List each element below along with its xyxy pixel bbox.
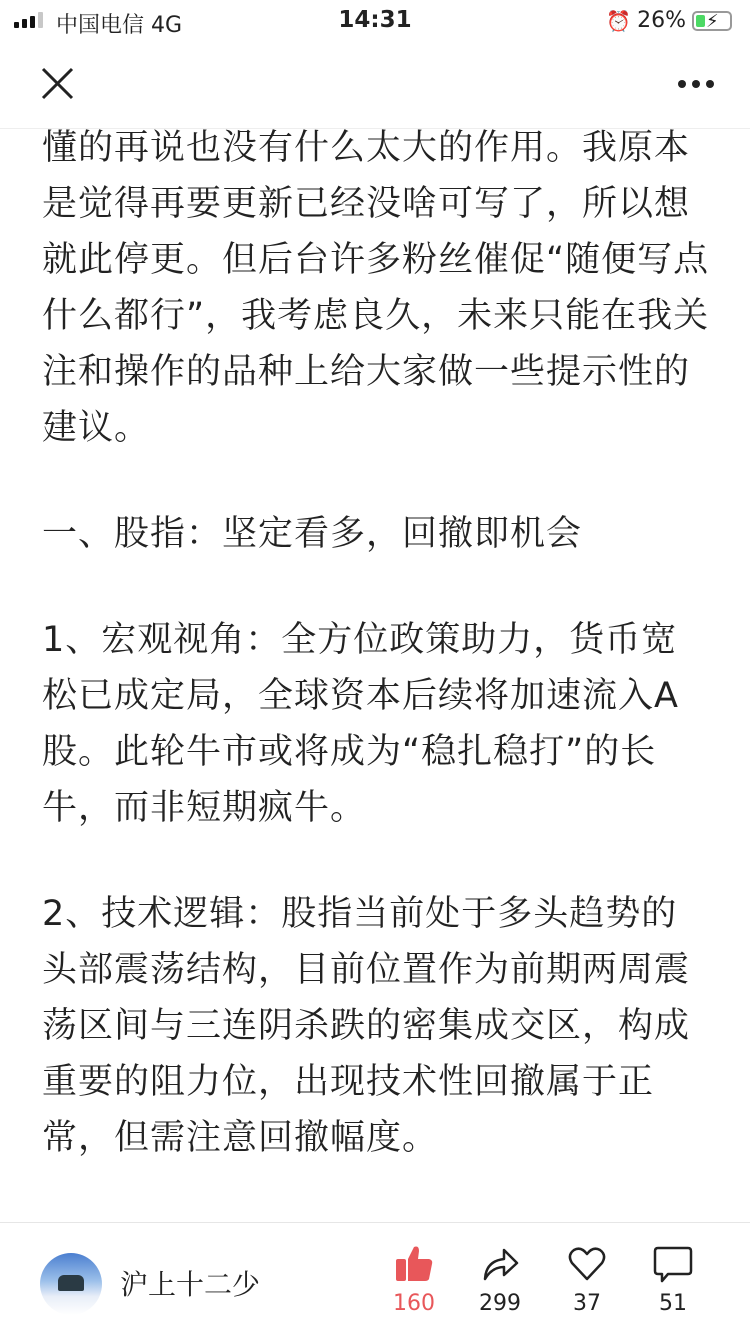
- paragraph: 懂的再说也没有什么太大的作用。我原本是觉得再要更新已经没啥可写了，所以想就此停更…: [42, 128, 712, 456]
- favorite-button[interactable]: 37: [557, 1245, 617, 1316]
- battery-percent: 26%: [637, 8, 686, 33]
- close-icon: [38, 64, 78, 104]
- heart-icon: [567, 1245, 607, 1283]
- action-bar: 沪上十二少 160 299 37 51: [0, 1222, 750, 1334]
- paragraph: 1、宏观视角：全方位政策助力，货币宽松已成定局，全球资本后续将加速流入A股。此轮…: [42, 612, 712, 836]
- paragraph: 2、技术逻辑：股指当前处于多头趋势的头部震荡结构，目前位置作为前期两周震荡区间与…: [42, 886, 712, 1166]
- like-count: 160: [384, 1291, 444, 1316]
- more-icon: [678, 80, 686, 88]
- more-button[interactable]: [678, 80, 714, 88]
- favorite-count: 37: [557, 1291, 617, 1316]
- share-button[interactable]: 299: [470, 1245, 530, 1316]
- comment-button[interactable]: 51: [643, 1245, 703, 1316]
- battery-icon: ⚡: [692, 11, 732, 31]
- status-bar: 中国电信 4G 14:31 ⏰ 26% ⚡: [0, 0, 750, 40]
- like-button[interactable]: 160: [384, 1245, 444, 1316]
- nav-bar: [0, 40, 750, 129]
- author-name[interactable]: 沪上十二少: [120, 1263, 260, 1303]
- article-body: 懂的再说也没有什么太大的作用。我原本是觉得再要更新已经没啥可写了，所以想就此停更…: [42, 128, 712, 1218]
- share-count: 299: [470, 1291, 530, 1316]
- thumbs-up-icon: [394, 1245, 434, 1283]
- avatar[interactable]: [40, 1253, 102, 1315]
- close-button[interactable]: [38, 64, 78, 104]
- comment-icon: [653, 1245, 693, 1283]
- section-heading: 一、股指：坚定看多，回撤即机会: [42, 506, 712, 562]
- comment-count: 51: [643, 1291, 703, 1316]
- alarm-icon: ⏰: [606, 9, 631, 33]
- share-icon: [480, 1245, 520, 1283]
